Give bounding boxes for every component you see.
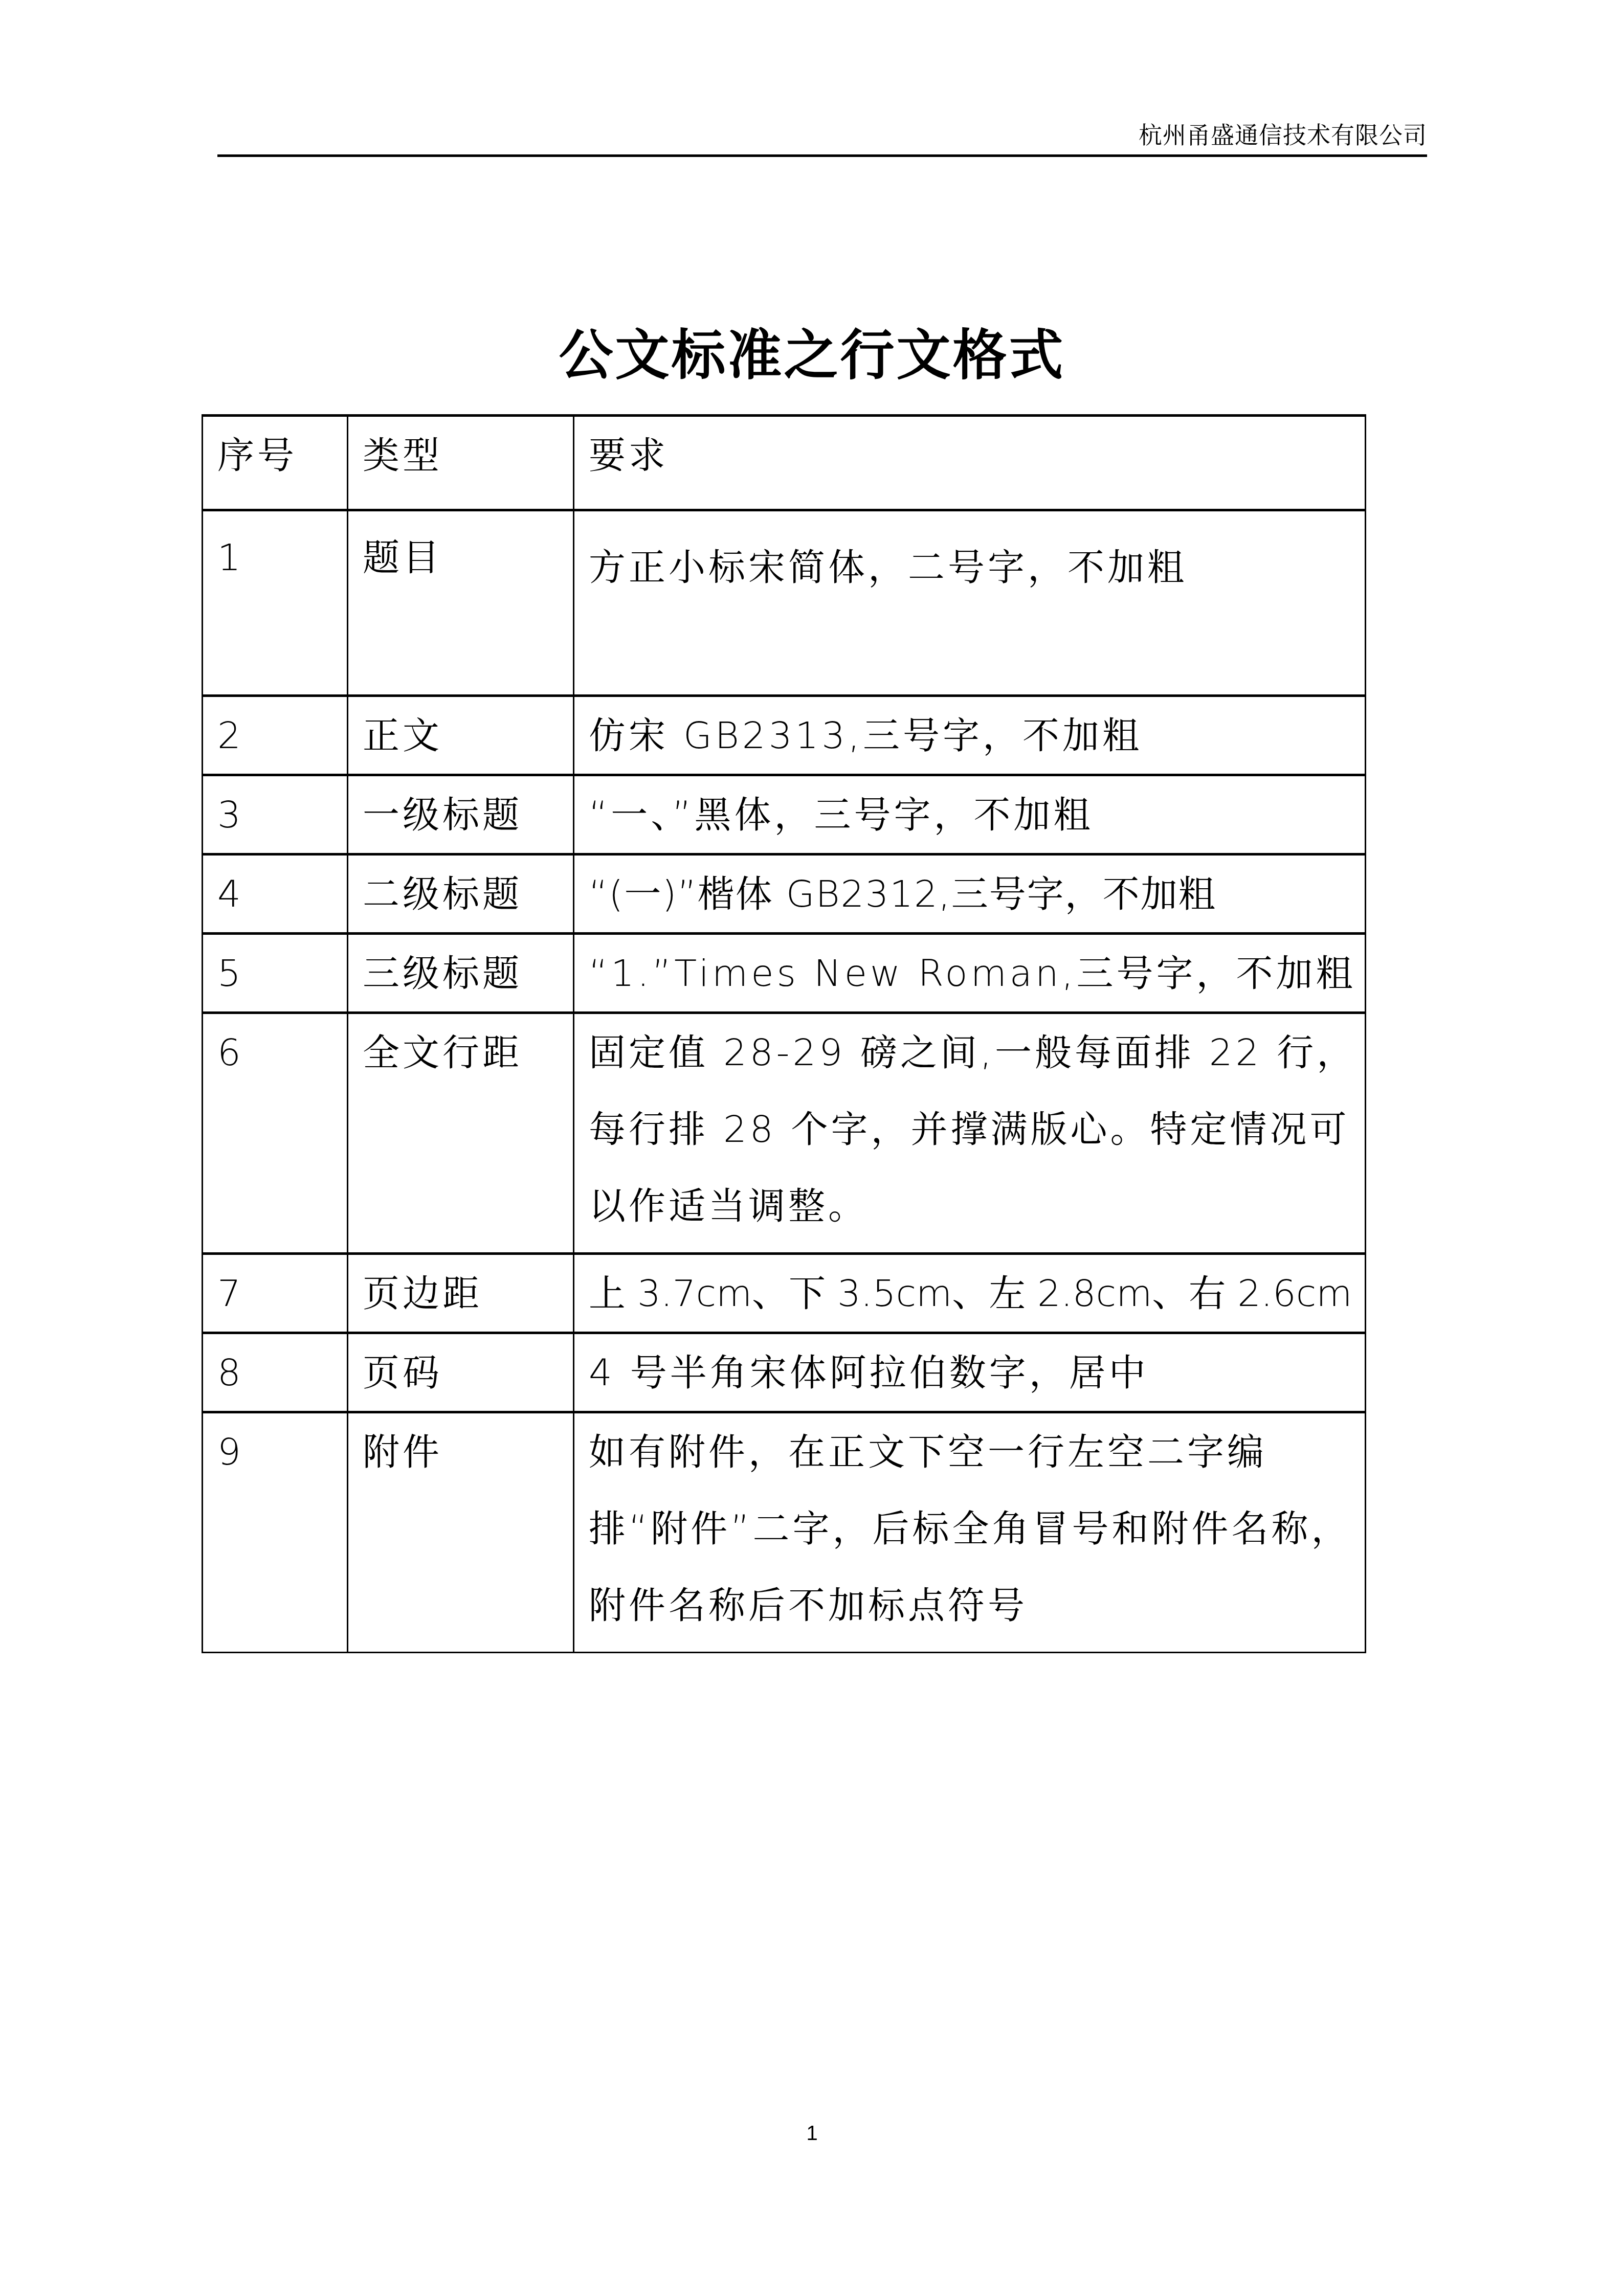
row-requirement: 方正小标宋简体，二号字，不加粗 bbox=[574, 510, 1366, 696]
row-requirement: 如有附件，在正文下空一行左空二字编排“附件”二字，后标全角冒号和附件名称，附件名… bbox=[574, 1412, 1366, 1653]
row-number: 8 bbox=[203, 1333, 348, 1412]
table-header-row: 序号 类型 要求 bbox=[203, 416, 1366, 510]
row-type: 页边距 bbox=[348, 1254, 574, 1333]
header-company-name: 杭州甬盛通信技术有限公司 bbox=[1139, 117, 1427, 150]
format-spec-table: 序号 类型 要求 1 题目 方正小标宋简体，二号字，不加粗 2 正文 仿宋 GB… bbox=[202, 414, 1366, 1653]
table-row: 8 页码 4 号半角宋体阿拉伯数字，居中 bbox=[203, 1333, 1366, 1412]
table-row: 7 页边距 上 3.7cm、下 3.5cm、左 2.8cm、右 2.6cm bbox=[203, 1254, 1366, 1333]
table-row: 5 三级标题 “1.”Times New Roman,三号字，不加粗 bbox=[203, 934, 1366, 1013]
row-type: 附件 bbox=[348, 1412, 574, 1653]
row-type: 页码 bbox=[348, 1333, 574, 1412]
row-requirement: 上 3.7cm、下 3.5cm、左 2.8cm、右 2.6cm bbox=[574, 1254, 1366, 1333]
row-number: 7 bbox=[203, 1254, 348, 1333]
row-number: 1 bbox=[203, 510, 348, 696]
row-requirement: “1.”Times New Roman,三号字，不加粗 bbox=[574, 934, 1366, 1013]
table-row: 3 一级标题 “一、”黑体，三号字，不加粗 bbox=[203, 775, 1366, 854]
row-number: 9 bbox=[203, 1412, 348, 1653]
row-requirement: 4 号半角宋体阿拉伯数字，居中 bbox=[574, 1333, 1366, 1412]
row-number: 6 bbox=[203, 1013, 348, 1254]
row-requirement: “一、”黑体，三号字，不加粗 bbox=[574, 775, 1366, 854]
row-type: 一级标题 bbox=[348, 775, 574, 854]
document-title: 公文标准之行文格式 bbox=[0, 312, 1624, 390]
column-header-type: 类型 bbox=[348, 416, 574, 510]
row-requirement: 固定值 28-29 磅之间,一般每面排 22 行，每行排 28 个字，并撑满版心… bbox=[574, 1013, 1366, 1254]
table-row: 4 二级标题 “(一)”楷体 GB2312,三号字，不加粗 bbox=[203, 854, 1366, 934]
column-header-requirement: 要求 bbox=[574, 416, 1366, 510]
row-requirement: 仿宋 GB2313,三号字，不加粗 bbox=[574, 696, 1366, 775]
page-header: 杭州甬盛通信技术有限公司 bbox=[217, 117, 1427, 157]
row-type: 三级标题 bbox=[348, 934, 574, 1013]
row-type: 二级标题 bbox=[348, 854, 574, 934]
row-type: 正文 bbox=[348, 696, 574, 775]
row-type: 题目 bbox=[348, 510, 574, 696]
table-row: 1 题目 方正小标宋简体，二号字，不加粗 bbox=[203, 510, 1366, 696]
row-requirement: “(一)”楷体 GB2312,三号字，不加粗 bbox=[574, 854, 1366, 934]
table-row: 6 全文行距 固定值 28-29 磅之间,一般每面排 22 行，每行排 28 个… bbox=[203, 1013, 1366, 1254]
row-number: 5 bbox=[203, 934, 348, 1013]
table-row: 2 正文 仿宋 GB2313,三号字，不加粗 bbox=[203, 696, 1366, 775]
row-number: 2 bbox=[203, 696, 348, 775]
row-type: 全文行距 bbox=[348, 1013, 574, 1254]
row-number: 4 bbox=[203, 854, 348, 934]
table-row: 9 附件 如有附件，在正文下空一行左空二字编排“附件”二字，后标全角冒号和附件名… bbox=[203, 1412, 1366, 1653]
page-number: 1 bbox=[0, 2122, 1624, 2145]
row-number: 3 bbox=[203, 775, 348, 854]
column-header-no: 序号 bbox=[203, 416, 348, 510]
